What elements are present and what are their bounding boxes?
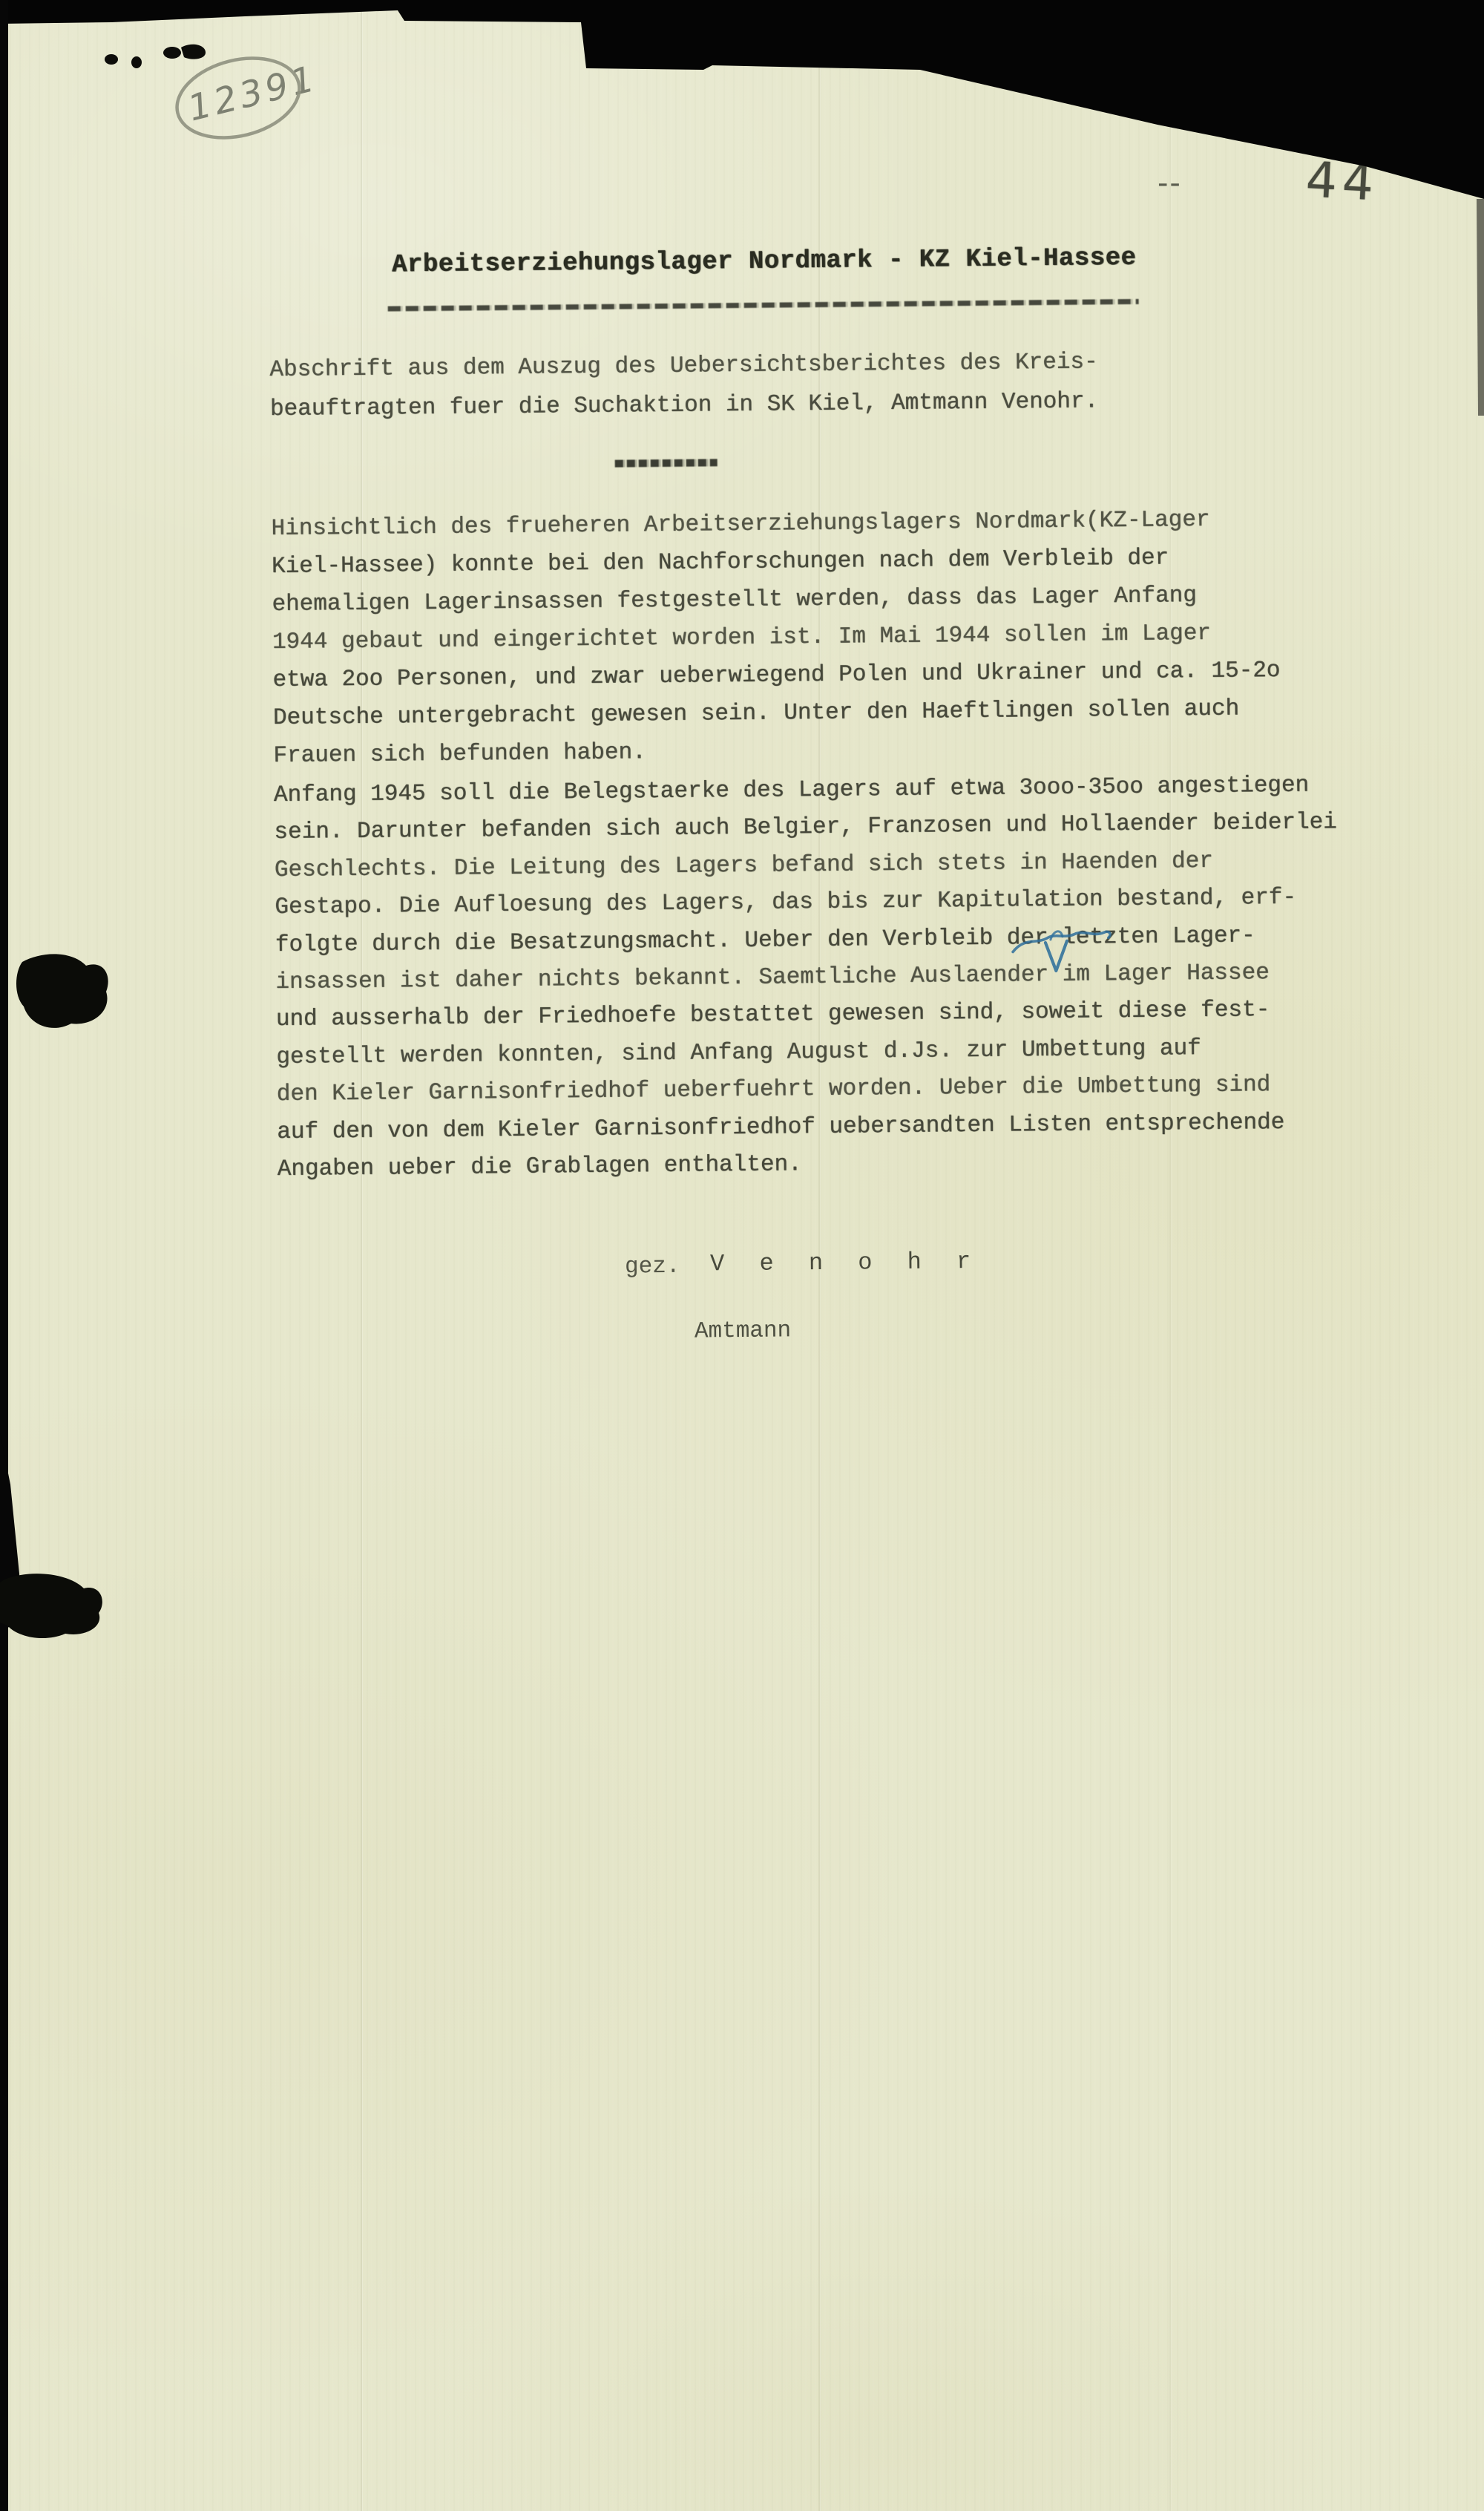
margin-dash-mark: -- xyxy=(1158,166,1182,200)
typed-line: Geschlechts. Die Leitung des Lagers befa… xyxy=(275,850,1213,882)
typed-line: 1944 gebaut und eingerichtet worden ist.… xyxy=(272,622,1211,654)
typed-line: sein. Darunter befanden sich auch Belgie… xyxy=(274,811,1337,844)
intro-line: Abschrift aus dem Auszug des Uebersichts… xyxy=(269,350,1097,382)
typed-line: Deutsche untergebracht gewesen sein. Unt… xyxy=(273,698,1239,730)
typed-line: gestellt werden konnten, sind Anfang Aug… xyxy=(276,1037,1201,1069)
typed-line: Angaben ueber die Grablagen enthalten. xyxy=(278,1153,802,1181)
typed-line: etwa 2oo Personen, und zwar ueberwiegend… xyxy=(272,659,1280,692)
typed-content: Arbeitserziehungslager Nordmark - KZ Kie… xyxy=(0,0,1484,2511)
signature-role: Amtmann xyxy=(695,1317,792,1344)
typed-line: Frauen sich befunden haben. xyxy=(273,741,646,767)
signature-name: V e n o h r xyxy=(710,1248,982,1278)
section-divider xyxy=(615,459,718,467)
scanned-document-page: { "colors": { "paper": "#e6e7cc", "scann… xyxy=(0,0,1484,2511)
insertion-caret-icon xyxy=(1045,941,1067,971)
document-title: Arbeitserziehungslager Nordmark - KZ Kie… xyxy=(392,244,1137,280)
typed-line: ehemaligen Lagerinsassen festgestellt we… xyxy=(272,584,1197,616)
typed-line: Anfang 1945 soll die Belegstaerke des La… xyxy=(274,774,1309,807)
blue-ink-insertion-annotation xyxy=(1007,926,1134,986)
typed-line: Hinsichtlich des frueheren Arbeitserzieh… xyxy=(271,508,1209,540)
signature-prefix: gez. xyxy=(625,1254,680,1280)
typed-line: und ausserhalb der Friedhoefe bestattet … xyxy=(276,998,1270,1031)
typed-line: den Kieler Garnisonfriedhof ueberfuehrt … xyxy=(277,1073,1271,1106)
page-number: 44 xyxy=(1304,151,1380,212)
title-underline xyxy=(388,299,1139,312)
typed-line: Kiel-Hassee) konnte bei den Nachforschun… xyxy=(272,546,1169,578)
typed-line: Gestapo. Die Aufloesung des Lagers, das … xyxy=(275,886,1296,919)
typed-line: auf den von dem Kieler Garnisonfriedhof … xyxy=(277,1111,1284,1144)
intro-line: beauftragten fuer die Suchaktion in SK K… xyxy=(270,390,1098,421)
